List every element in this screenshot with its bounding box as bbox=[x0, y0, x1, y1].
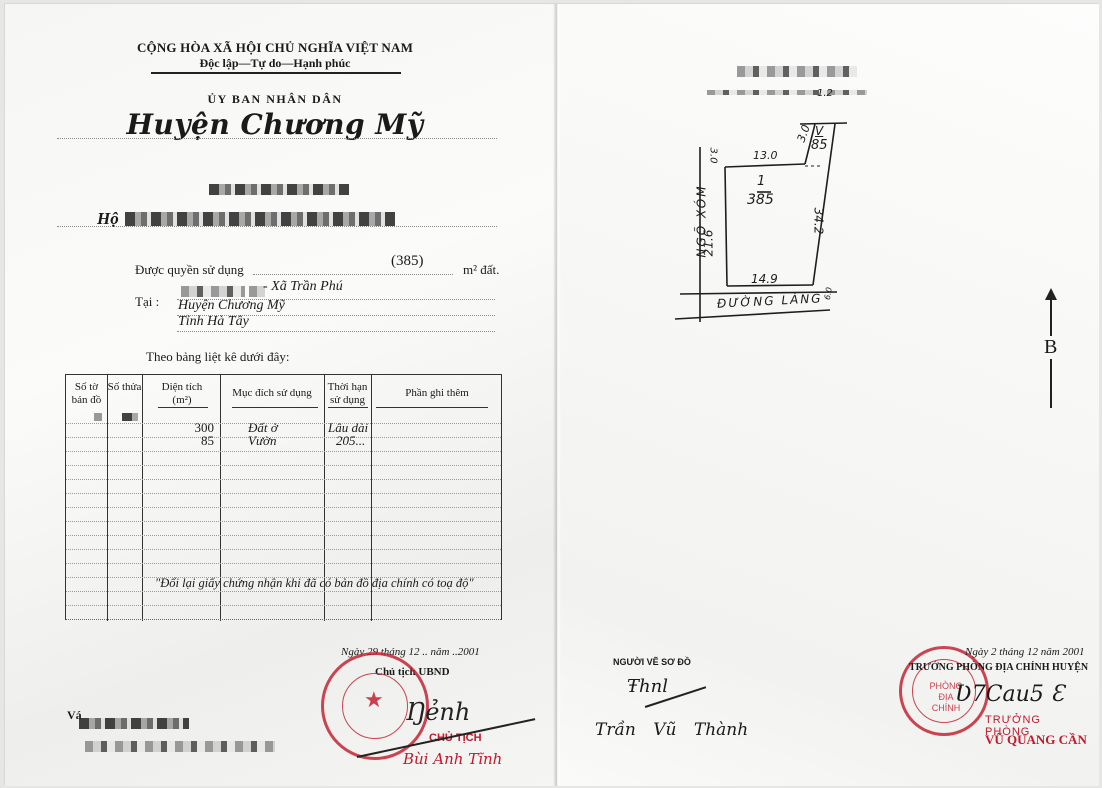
republic-heading: CỘNG HÒA XÃ HỘI CHỦ NGHĨA VIỆT NAM bbox=[125, 40, 425, 56]
header-map-sheet: Số tờ bản đồ bbox=[66, 381, 107, 407]
row-rule bbox=[66, 549, 501, 550]
dotted-rule bbox=[177, 331, 495, 332]
location-province: Tỉnh Hà Tây bbox=[178, 314, 249, 330]
header-divider bbox=[151, 72, 401, 74]
header-area: Diện tích (m²) bbox=[156, 381, 208, 407]
signer-name: Bùi Anh Tĩnh bbox=[403, 750, 502, 768]
left-page: CỘNG HÒA XÃ HỘI CHỦ NGHĨA VIỆT NAM Độc l… bbox=[5, 4, 557, 786]
location-label: Tại : bbox=[135, 294, 159, 310]
redacted-holder-name bbox=[125, 212, 395, 231]
row-rule bbox=[66, 591, 501, 592]
row-rule bbox=[66, 493, 501, 494]
header-notes: Phần ghi thêm bbox=[371, 387, 503, 400]
north-label: B bbox=[1043, 336, 1058, 359]
row-rule bbox=[66, 521, 501, 522]
row-rule bbox=[66, 605, 501, 606]
table-footnote: "Đổi lại giấy chứng nhận khi đã có bản đ… bbox=[155, 576, 474, 591]
header-underline bbox=[328, 407, 368, 408]
dotted-rule bbox=[57, 226, 497, 227]
row-rule bbox=[66, 451, 501, 452]
area-label: Được quyền sử dụng bbox=[135, 262, 244, 278]
table-intro: Theo bảng liệt kê dưới đây: bbox=[146, 349, 290, 365]
row2-term: 205... bbox=[336, 433, 365, 449]
row-rule bbox=[66, 479, 501, 480]
right-page: 1.2 3.0 V 85 3.0 13.0 1 385 21.6 34.2 14… bbox=[557, 4, 1099, 786]
certificate-scan: CỘNG HÒA XÃ HỘI CHỦ NGHĨA VIỆT NAM Độc l… bbox=[4, 3, 1098, 785]
head-name: VŨ QUANG CẦN bbox=[985, 732, 1087, 748]
drawer-name: Trần Vũ Thành bbox=[595, 720, 748, 740]
committee-heading: ỦY BAN NHÂN DÂN bbox=[125, 92, 425, 107]
dotted-rule bbox=[253, 274, 453, 275]
header-underline bbox=[232, 407, 318, 408]
area-unit: m² đất. bbox=[463, 262, 499, 278]
label-top-edge: 13.0 bbox=[753, 149, 778, 162]
column-divider bbox=[107, 375, 108, 621]
district-title: Huyện Chương Mỹ bbox=[115, 108, 435, 141]
redacted-map-sheet bbox=[94, 413, 102, 421]
label-right-edge: 34.2 bbox=[811, 208, 825, 235]
alley-name: NGÕ XÓM bbox=[695, 184, 709, 257]
label-main-id: 1 bbox=[757, 174, 765, 189]
head-signature: Ʋ7Cau5 Ɛ bbox=[955, 682, 1065, 707]
redacted-text bbox=[209, 182, 349, 200]
row-rule bbox=[66, 507, 501, 508]
office-title: TRƯỞNG PHÒNG ĐỊA CHÍNH HUYỆN bbox=[909, 662, 1088, 673]
drawer-signature: Ŧhnl bbox=[627, 676, 668, 697]
row-rule bbox=[66, 437, 501, 438]
row-rule bbox=[66, 535, 501, 536]
national-motto: Độc lập—Tự do—Hạnh phúc bbox=[125, 56, 425, 71]
redacted-footer-2 bbox=[85, 739, 275, 757]
location-district: Huyện Chương Mỹ bbox=[178, 298, 285, 314]
label-top-width: 1.2 bbox=[817, 88, 833, 99]
label-small-lot-area: 85 bbox=[811, 138, 828, 153]
header-parcel: Số thửa bbox=[107, 381, 142, 394]
label-left-corner: 3.0 bbox=[707, 148, 718, 164]
label-main-area: 385 bbox=[747, 192, 774, 208]
star-icon: ★ bbox=[364, 687, 384, 713]
approval-date: Ngày 2 tháng 12 năm 2001 bbox=[965, 646, 1084, 658]
chairman-signature: Ŋẻnh bbox=[405, 698, 470, 726]
header-underline bbox=[376, 407, 488, 408]
row-rule bbox=[66, 423, 501, 424]
page-fold bbox=[553, 4, 561, 786]
dotted-rule bbox=[57, 138, 497, 139]
drawer-title: NGƯỜI VẼ SƠ ĐỒ bbox=[613, 657, 691, 667]
redacted-parcel-number bbox=[122, 413, 138, 421]
location-commune: - Xã Trần Phú bbox=[263, 279, 343, 295]
row2-area: 85 bbox=[184, 433, 214, 449]
header-underline bbox=[158, 407, 208, 408]
row-rule bbox=[66, 465, 501, 466]
header-term: Thời hạn sử dụng bbox=[324, 381, 371, 407]
label-bottom-edge: 14.9 bbox=[751, 272, 778, 286]
row-rule bbox=[66, 563, 501, 564]
column-divider bbox=[142, 375, 143, 621]
area-value: (385) bbox=[391, 253, 424, 270]
north-arrow-icon bbox=[1045, 288, 1057, 300]
redacted-footer-1 bbox=[79, 716, 189, 734]
row-rule bbox=[66, 619, 501, 620]
row2-purpose: Vườn bbox=[248, 433, 276, 449]
header-purpose: Mục đích sử dụng bbox=[220, 387, 324, 400]
label-small-lot-id: V bbox=[815, 124, 823, 138]
